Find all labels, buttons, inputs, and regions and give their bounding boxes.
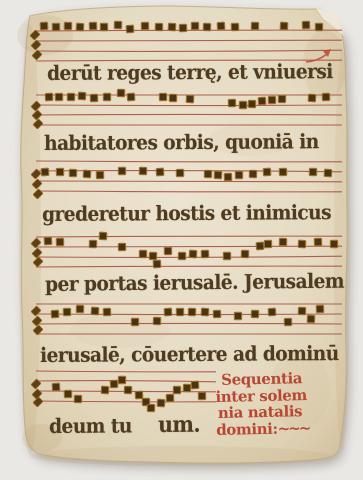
neume-note [164,308,172,316]
neume-note [264,240,271,247]
neume-note [110,380,117,387]
neume-note [217,22,225,30]
neume-note [278,95,285,102]
neume-note [78,92,86,100]
neume-note [166,394,173,401]
neume-note [67,93,74,100]
neume-note [280,22,288,30]
neume-note [279,238,286,245]
neume-note [284,318,291,325]
neume-note [298,240,306,248]
neume-note [101,386,109,394]
neume-note [76,23,84,31]
neume-note [135,391,143,399]
neume-note [248,100,255,107]
neume-note [316,305,323,312]
neume-note [249,170,256,177]
neume-note [83,170,91,178]
neume-note [188,308,195,315]
neume-note [314,238,321,245]
neume-note [213,310,220,317]
neume-note [147,404,154,411]
neume-note [201,250,208,257]
neume-note [164,247,171,254]
manuscript-photo: derūt reges terrę, et vniuersi habitator… [0,0,363,480]
neume-note [198,392,205,399]
neume-note [324,169,332,177]
neume-note [186,95,194,103]
neume-note [178,252,185,259]
neume-note [141,22,148,29]
neume-note [55,93,62,100]
neume-note [309,168,316,175]
neume-note [179,24,186,31]
neume-note [263,168,271,176]
neume-note [234,312,241,319]
neume-note [149,252,156,259]
neume-note [302,21,309,28]
neume-note [241,250,248,257]
neume-note [159,93,166,100]
neume-note [118,376,125,383]
neume-note [258,97,266,105]
neume-note [52,383,60,391]
neume-note [268,308,276,316]
neume-note [239,101,246,108]
neume-note [307,315,315,323]
neume-note [139,167,146,174]
neume-note [51,310,59,318]
neume-note [191,381,199,389]
neume-note [189,250,197,258]
neume-note [40,22,48,30]
neume-note [69,169,76,176]
neume-note [168,23,176,31]
neume-note [100,23,107,30]
neume-note [89,240,96,247]
neume-note [330,240,337,247]
neume-note [124,386,131,393]
staff-line [36,323,342,324]
neume-note [157,399,165,407]
neume-note [52,23,59,30]
parchment-canvas [0,0,363,480]
neume-note [103,93,110,100]
neume-note [268,96,275,103]
neume-note [99,232,107,240]
neume-note [251,22,258,29]
neume-note [315,23,322,30]
neume-note [45,93,53,101]
neume-note [235,171,242,178]
neume-note [64,390,71,397]
neume-note [114,21,121,28]
neume-note [231,23,238,30]
neume-note [74,395,81,402]
neume-note [214,171,222,179]
neume-note [224,173,231,180]
neume-note [131,318,138,325]
neume-note [63,308,70,315]
neume-note [89,22,96,29]
neume-note [153,260,161,268]
neume-note [139,250,146,257]
neume-note [117,89,124,96]
neume-note [91,307,99,315]
neume-note [251,310,258,317]
neume-note [169,94,176,101]
neume-note [118,243,125,250]
staff-line [36,105,342,106]
neume-note [90,94,97,101]
neume-note [223,252,230,259]
neume-note [298,307,305,314]
neume-note [279,168,286,175]
neume-note [308,94,316,102]
neume-note [103,308,110,315]
neume-note [64,22,71,29]
neume-note [203,23,210,30]
neume-note [56,168,63,175]
neume-note [126,25,134,33]
neume-note [118,167,125,174]
neume-note [173,386,180,393]
neume-note [156,168,164,176]
neume-note [322,93,329,100]
neume-note [204,170,211,177]
neume-note [155,23,162,30]
neume-note [228,99,235,106]
neume-note [153,317,160,324]
staff-line [36,114,342,115]
neume-note [201,308,209,316]
neume-note [96,171,103,178]
neume-note [41,168,49,176]
neume-note [56,238,63,245]
neume-note [191,22,198,29]
neume-note [176,169,183,176]
neume-note [183,384,190,391]
neume-note [256,242,264,250]
neume-note [76,305,83,312]
neume-note [44,237,52,245]
neume-note [176,308,183,315]
neume-note [127,93,135,101]
